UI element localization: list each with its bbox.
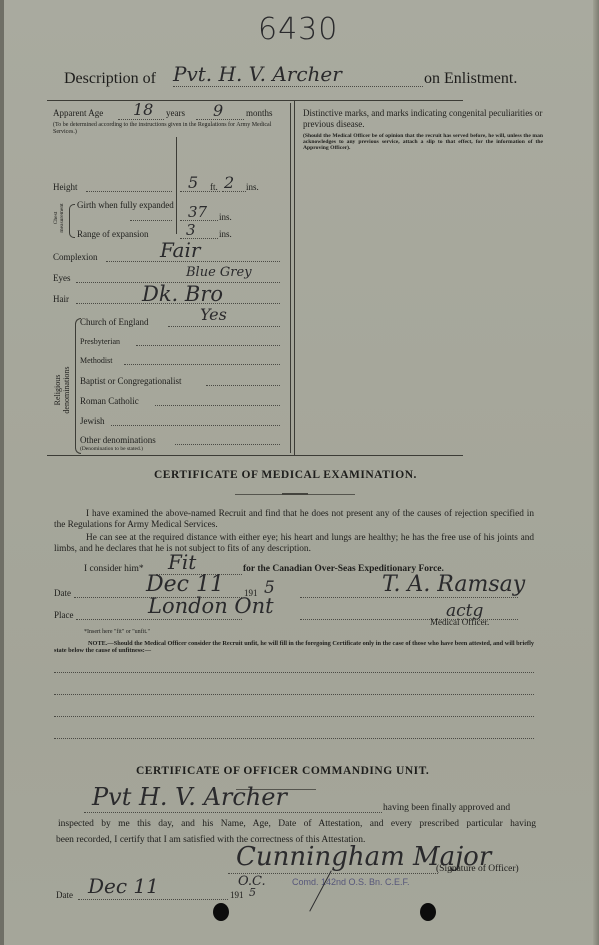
- age-years-line: [118, 119, 164, 120]
- height-in-value: 2: [224, 173, 234, 192]
- religion-baptist-label: Baptist or Congregationalist: [80, 376, 182, 386]
- religion-baptist-line: [206, 385, 280, 386]
- measure-column-divider: [176, 137, 177, 234]
- officer-year-value: 5: [249, 886, 256, 899]
- page-left-edge: [0, 0, 4, 945]
- unfitness-line-2: [54, 694, 534, 695]
- height-ins-label: ins.: [246, 182, 259, 192]
- height-label: Height: [53, 182, 78, 192]
- officer-date-value: Dec 11: [88, 874, 159, 898]
- distinctive-marks-heading: Distinctive marks, and marks indicating …: [303, 108, 543, 129]
- medical-place-value: London Ont: [148, 594, 274, 618]
- months-label: months: [246, 108, 273, 118]
- medical-certificate-heading: CERTIFICATE OF MEDICAL EXAMINATION.: [154, 469, 417, 481]
- recruit-name: Pvt. H. V. Archer: [173, 62, 342, 86]
- chest-measurement-label: Chest measurement: [53, 198, 65, 238]
- title-prefix: Description of: [64, 70, 156, 88]
- officer-certificate-heading: CERTIFICATE OF OFFICER COMMANDING UNIT.: [136, 765, 429, 777]
- religion-jewish-line: [111, 425, 280, 426]
- height-ft-value: 5: [188, 173, 198, 192]
- unit-stamp: Comd. 142nd O.S. Bn. C.E.F.: [292, 877, 410, 887]
- frame-center-divider: [294, 100, 295, 455]
- officer-cert-text-2: inspected by me this day, and his Name, …: [58, 819, 536, 829]
- frame-bottom-rule: [47, 455, 463, 456]
- officer-signature-label: (Signature of Officer): [436, 864, 519, 874]
- chest-measurement-group: Chest measurement: [51, 200, 67, 240]
- frame-top-rule: [47, 100, 463, 101]
- range-label: Range of expansion: [77, 229, 148, 239]
- distinctive-marks-field: [298, 165, 538, 450]
- religion-roman-catholic-line: [155, 405, 280, 406]
- attestation-page: 6430 Description of Pvt. H. V. Archer on…: [0, 0, 599, 945]
- years-label: years: [166, 108, 185, 118]
- officer-cert-text-1: having been finally approved and: [383, 803, 510, 813]
- eyes-label: Eyes: [53, 273, 71, 283]
- frame-center-divider-inner: [290, 103, 291, 453]
- range-value: 3: [186, 221, 196, 239]
- religion-group-label: Religious denominations: [53, 360, 71, 420]
- medical-officer-signature: T. A. Ramsay: [382, 572, 525, 597]
- religion-other-note: (Denomination to be stated.): [80, 446, 143, 453]
- officer-year-prefix: 191: [230, 890, 244, 900]
- religion-presbyterian-line: [136, 345, 280, 346]
- height-label-line: [86, 191, 172, 192]
- religion-church-of-england-value: Yes: [200, 305, 227, 324]
- unfitness-line-4: [54, 738, 534, 739]
- consider-prefix: I consider him*: [84, 564, 144, 574]
- officer-cert-recruit-name: Pvt H. V. Archer: [92, 783, 287, 811]
- age-years-value: 18: [133, 100, 153, 119]
- range-ins-label: ins.: [219, 229, 232, 239]
- religion-methodist-label: Methodist: [80, 356, 112, 365]
- girth-label: Girth when fully expanded: [77, 200, 175, 211]
- chest-brace: [69, 204, 75, 238]
- medical-para-1: I have examined the above-named Recruit …: [54, 509, 534, 531]
- religion-group: Religious denominations: [50, 360, 74, 420]
- medical-place-label: Place: [54, 610, 74, 620]
- punch-hole-left: [213, 903, 229, 921]
- religion-other-label: Other denominations: [80, 435, 156, 445]
- title-name-line: [173, 86, 423, 87]
- hair-label: Hair: [53, 294, 69, 304]
- age-months-value: 9: [213, 101, 223, 120]
- religion-methodist-line: [124, 364, 280, 365]
- regimental-number: 6430: [258, 12, 338, 47]
- title-suffix: on Enlistment.: [424, 70, 517, 88]
- complexion-label: Complexion: [53, 252, 98, 262]
- medical-place-line: [76, 619, 242, 620]
- girth-value: 37: [188, 203, 207, 221]
- ft-label: ft.: [210, 182, 218, 192]
- girth-label-line: [130, 220, 172, 221]
- eyes-value: Blue Grey: [186, 265, 252, 280]
- religion-presbyterian-label: Presbyterian: [80, 337, 120, 346]
- medical-heading-divider-center: [282, 493, 308, 495]
- distinctive-marks-note: (Should the Medical Officer be of opinio…: [303, 133, 543, 152]
- fit-unfit-footnote: *Insert here "fit" or "unfit.": [84, 629, 150, 636]
- religion-other-line: [175, 444, 280, 445]
- hair-value: Dk. Bro: [142, 282, 223, 306]
- medical-officer-label: Medical Officer.: [430, 617, 489, 627]
- officer-cert-name-line: [84, 812, 382, 813]
- medical-date-label: Date: [54, 588, 71, 598]
- fitness-value: Fit: [168, 550, 196, 574]
- girth-ins-label: ins.: [219, 212, 232, 222]
- officer-date-line: [78, 899, 228, 900]
- unfitness-line-1: [54, 672, 534, 673]
- unfitness-line-3: [54, 716, 534, 717]
- religion-church-of-england-label: Church of England: [80, 317, 148, 327]
- medical-para-2: He can see at the required distance with…: [54, 533, 534, 555]
- apparent-age-label: Apparent Age: [53, 108, 103, 118]
- age-note: (To be determined according to the instr…: [53, 122, 285, 136]
- religion-roman-catholic-label: Roman Catholic: [80, 396, 139, 406]
- page-right-edge: [593, 0, 599, 945]
- religion-church-of-england-line: [168, 326, 280, 327]
- officer-date-label: Date: [56, 890, 73, 900]
- unfit-note: NOTE.—Should the Medical Officer conside…: [54, 640, 534, 654]
- religion-jewish-label: Jewish: [80, 416, 105, 426]
- complexion-value: Fair: [160, 238, 200, 262]
- punch-hole-right: [420, 903, 436, 921]
- medical-officer-signature-line: [300, 597, 518, 598]
